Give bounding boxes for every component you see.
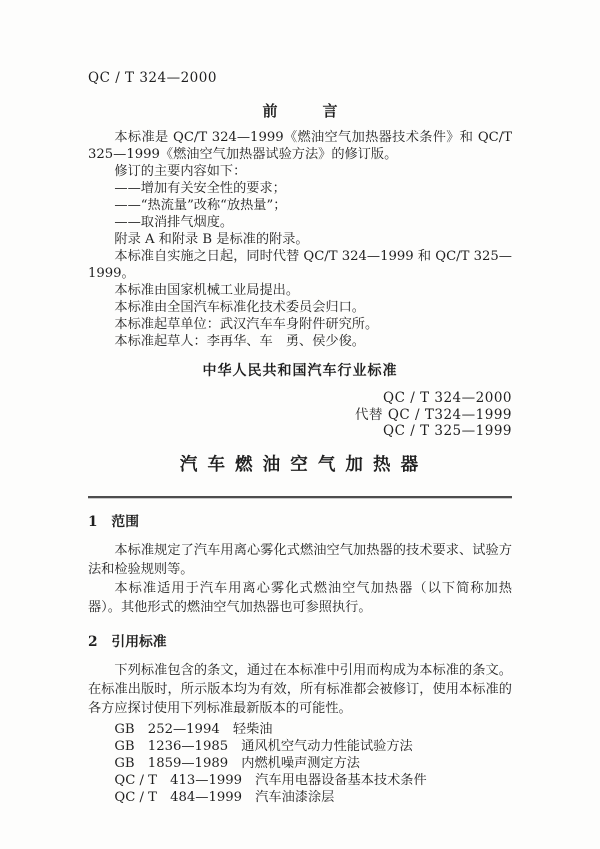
reference-item: GB 1236—1985 通风机空气动力性能试验方法 <box>88 738 512 755</box>
reference-item: GB 1859—1989 内燃机噪声测定方法 <box>88 755 512 772</box>
section-2-title: 引用标准 <box>111 634 166 650</box>
section-1-heading: 1范围 <box>88 513 512 531</box>
foreword-paragraph: ——取消排气烟度。 <box>88 214 512 231</box>
section-1-body: 本标准规定了汽车用离心雾化式燃油空气加热器的技术要求、试验方法和检验规则等。 本… <box>88 541 512 617</box>
foreword-paragraph: 本标准起草人：李再华、车 勇、侯少俊。 <box>88 333 512 350</box>
foreword-paragraph: 本标准是 QC/T 324—1999《燃油空气加热器技术条件》和 QC/T 32… <box>88 129 512 163</box>
section-paragraph: 下列标准包含的条文，通过在本标准中引用而构成为本标准的条文。在标准出版时，所示版… <box>88 661 512 718</box>
standard-banner: 中华人民共和国汽车行业标准 <box>88 362 512 380</box>
divider-rule <box>88 496 512 499</box>
section-2-body: 下列标准包含的条文，通过在本标准中引用而构成为本标准的条文。在标准出版时，所示版… <box>88 661 512 718</box>
section-2-heading: 2引用标准 <box>88 633 512 651</box>
section-1-number: 1 <box>88 513 98 531</box>
reference-item: QC / T 484—1999 汽车油漆涂层 <box>88 789 512 806</box>
standard-code-header: QC / T 324—2000 <box>88 70 512 86</box>
reference-item: GB 252—1994 轻柴油 <box>88 721 512 738</box>
foreword-paragraph: ——增加有关安全性的要求； <box>88 180 512 197</box>
foreword-paragraph: ——“热流量”改称“放热量”； <box>88 197 512 214</box>
references-list: GB 252—1994 轻柴油 GB 1236—1985 通风机空气动力性能试验… <box>88 721 512 806</box>
foreword-paragraph: 本标准由全国汽车标准化技术委员会归口。 <box>88 299 512 316</box>
reference-item: QC / T 413—1999 汽车用电器设备基本技术条件 <box>88 772 512 789</box>
section-2-number: 2 <box>88 633 98 651</box>
foreword-body: 本标准是 QC/T 324—1999《燃油空气加热器技术条件》和 QC/T 32… <box>88 129 512 350</box>
foreword-heading: 前 言 <box>88 101 512 121</box>
section-1-title: 范围 <box>111 514 139 530</box>
section-paragraph: 本标准规定了汽车用离心雾化式燃油空气加热器的技术要求、试验方法和检验规则等。 <box>88 541 512 579</box>
standard-code-line: 代替 QC / T324—1999 <box>88 407 512 424</box>
document-page: QC / T 324—2000 前 言 本标准是 QC/T 324—1999《燃… <box>0 0 600 849</box>
section-paragraph: 本标准适用于汽车用离心雾化式燃油空气加热器（以下简称加热器）。其他形式的燃油空气… <box>88 579 512 617</box>
foreword-paragraph: 修订的主要内容如下： <box>88 163 512 180</box>
foreword-paragraph: 本标准自实施之日起，同时代替 QC/T 324—1999 和 QC/T 325—… <box>88 248 512 282</box>
foreword-paragraph: 本标准起草单位：武汉汽车车身附件研究所。 <box>88 316 512 333</box>
document-title: 汽 车 燃 油 空 气 加 热 器 <box>88 454 512 476</box>
foreword-paragraph: 附录 A 和附录 B 是标准的附录。 <box>88 231 512 248</box>
standard-code-line: QC / T 324—2000 <box>88 390 512 407</box>
standard-code-block: QC / T 324—2000 代替 QC / T324—1999 QC / T… <box>88 390 512 440</box>
foreword-paragraph: 本标准由国家机械工业局提出。 <box>88 282 512 299</box>
standard-code-line: QC / T 325—1999 <box>88 423 512 440</box>
